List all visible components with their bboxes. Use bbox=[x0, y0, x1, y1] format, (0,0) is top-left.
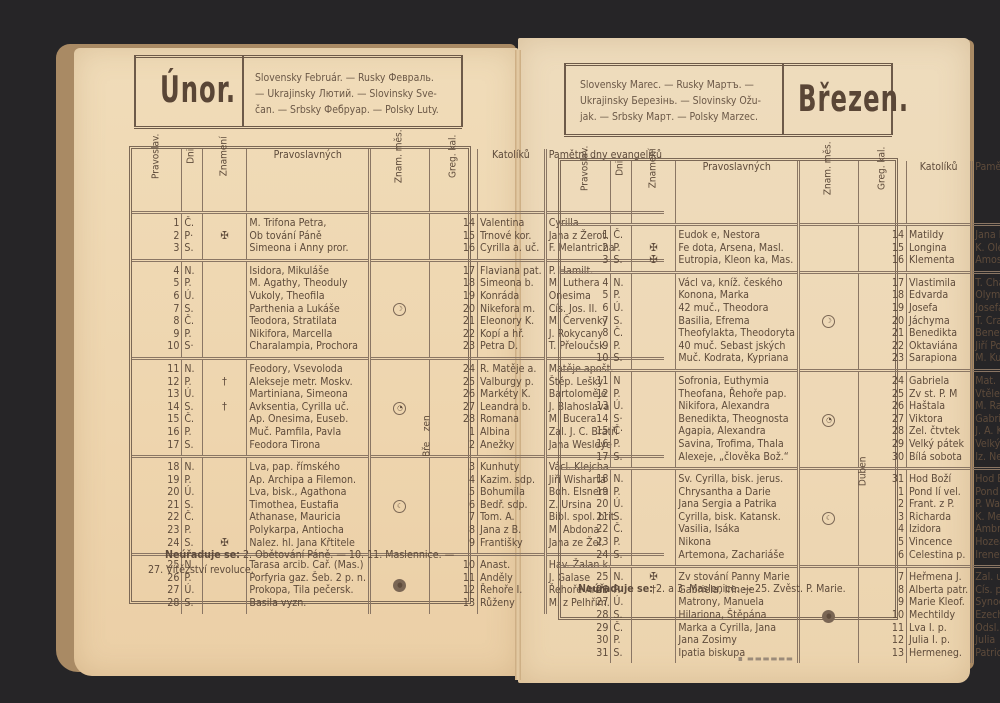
catholic-saint: Řehoře I. bbox=[478, 584, 546, 597]
gregorian-day: 12 bbox=[858, 634, 906, 647]
day-number: 5 bbox=[561, 289, 611, 302]
weekday: S. bbox=[611, 254, 631, 272]
left-note-line2: 27. Vítězství revoluce. bbox=[148, 563, 254, 578]
evangelical-memorial: T. Cranmera bbox=[972, 315, 1000, 328]
weekday: S. bbox=[611, 609, 631, 622]
evangelical-memorial: Patricia bbox=[972, 647, 1000, 664]
orthodox-saint: M. Agathy, Theoduly bbox=[247, 277, 370, 290]
gregorian-day: 31 bbox=[858, 469, 906, 486]
col-katoliku: Katolíků bbox=[907, 161, 972, 225]
day-number: 28 bbox=[561, 609, 611, 622]
weekday: P. bbox=[611, 388, 631, 401]
day-number: 19 bbox=[561, 486, 611, 499]
day-number: 4 bbox=[132, 260, 182, 277]
day-number: 28 bbox=[132, 597, 182, 614]
day-number: 21 bbox=[132, 499, 182, 512]
orthodox-saint: Theofana, Řehoře pap. bbox=[676, 388, 799, 401]
feast-symbol bbox=[631, 469, 676, 486]
evangelical-memorial: Amosa bbox=[972, 254, 1000, 272]
feast-symbol bbox=[631, 425, 676, 438]
catholic-saint: Vlastimila bbox=[907, 272, 972, 289]
catholic-saint: Jáchyma bbox=[907, 315, 972, 328]
printer-mark: ▪ ▬▬▬▬▬▬ bbox=[738, 654, 794, 663]
catholic-saint: Alberta patr. bbox=[907, 584, 972, 597]
day-number: 27 bbox=[561, 596, 611, 609]
gregorian-day: 5 bbox=[858, 536, 906, 549]
moon-phase-cell: ● bbox=[370, 555, 430, 614]
orthodox-saint: Nikifora, Marcella bbox=[247, 328, 370, 341]
orthodox-saint: 42 muč., Theodora bbox=[676, 302, 799, 315]
moon-phase-icon: ● bbox=[393, 579, 406, 592]
orthodox-saint: Jana Zosimy bbox=[676, 634, 799, 647]
day-number: 14 bbox=[561, 413, 611, 426]
feast-symbol bbox=[631, 315, 676, 328]
orthodox-saint: Matrony, Manuela bbox=[676, 596, 799, 609]
catholic-saint: Markéty K. bbox=[478, 388, 546, 401]
orthodox-saint: Timothea, Eustafia bbox=[247, 499, 370, 512]
evangelical-memorial: Hozeáše bbox=[972, 536, 1000, 549]
evangelical-memorial: Vtělení Páně bbox=[972, 388, 1000, 401]
gregorian-day: 24 bbox=[858, 370, 906, 387]
day-number: 29 bbox=[561, 622, 611, 635]
orthodox-saint: Teodora, Stratilata bbox=[247, 315, 370, 328]
feast-symbol bbox=[631, 272, 676, 289]
orthodox-saint: 40 muč. Sebast jských bbox=[676, 340, 799, 353]
feast-symbol bbox=[202, 426, 247, 439]
calendar-row: 27Ú.Matrony, Manuela9Marie Kleof.Synodu … bbox=[561, 596, 1000, 609]
evangelical-memorial: Odsl. mše Šv. bbox=[972, 622, 1000, 635]
feast-symbol bbox=[202, 486, 247, 499]
catholic-saint: Anděly bbox=[478, 572, 546, 585]
gregorian-day: 5 bbox=[429, 486, 477, 499]
gregorian-day: 3 bbox=[429, 457, 477, 474]
weekday: Ú. bbox=[182, 388, 202, 401]
catholic-saint: Vincence bbox=[907, 536, 972, 549]
orthodox-saint: Avksentia, Cyrilla uč. bbox=[247, 401, 370, 414]
gregorian-day: 2 bbox=[858, 498, 906, 511]
day-number: 30 bbox=[561, 634, 611, 647]
gregorian-day: 19 bbox=[858, 302, 906, 315]
gregorian-day: 29 bbox=[858, 438, 906, 451]
weekday: N. bbox=[182, 358, 202, 375]
weekday: S. bbox=[182, 401, 202, 414]
day-number: 16 bbox=[561, 438, 611, 451]
day-number: 19 bbox=[132, 474, 182, 487]
gregorian-day: 9 bbox=[858, 596, 906, 609]
catholic-saint: Pond lí vel. bbox=[907, 486, 972, 499]
calendar-row: 19P.Chrysantha a Darie1Pond lí vel.Pond … bbox=[561, 486, 1000, 499]
feast-symbol bbox=[631, 451, 676, 469]
catholic-saint: R. Matěje a. bbox=[478, 358, 546, 375]
feast-symbol: ✠ bbox=[202, 230, 247, 243]
moon-phase-icon: ◔ bbox=[822, 414, 835, 427]
day-number: 31 bbox=[561, 647, 611, 664]
col-pravoslav: Pravoslav. bbox=[561, 161, 611, 225]
col-znameni: Znamení bbox=[202, 149, 247, 213]
day-number: 20 bbox=[561, 498, 611, 511]
evangelical-memorial: Julia bbox=[972, 634, 1000, 647]
gregorian-day: 13 bbox=[858, 647, 906, 664]
orthodox-saint: M. Trifona Petra, bbox=[247, 213, 370, 230]
month-languages: Slovensky Marec. — Rusky Мартъ. — Ukraji… bbox=[580, 77, 761, 125]
gregorian-day: 15 bbox=[429, 230, 477, 243]
feast-symbol bbox=[631, 225, 676, 242]
gregorian-day: 28zen bbox=[429, 413, 477, 426]
gregorian-day: 17 bbox=[429, 260, 477, 277]
day-number: 23 bbox=[561, 536, 611, 549]
orthodox-saint: Muč. Kodrata, Kypriana bbox=[676, 352, 799, 370]
day-number: 21 bbox=[561, 511, 611, 524]
moon-phase-icon: ☽ bbox=[393, 303, 406, 316]
day-number: 10 bbox=[561, 352, 611, 370]
weekday: S. bbox=[182, 242, 202, 260]
catholic-saint: Josefa bbox=[907, 302, 972, 315]
catholic-saint: Bílá sobota bbox=[907, 451, 972, 469]
catholic-saint: Zv st. P. M bbox=[907, 388, 972, 401]
col-dni: Dni bbox=[182, 149, 202, 213]
col-pravoslav: Pravoslav. bbox=[132, 149, 182, 213]
feast-symbol bbox=[202, 303, 247, 316]
orthodox-saint: Simeona i Anny pror. bbox=[247, 242, 370, 260]
day-number: 6 bbox=[561, 302, 611, 315]
month-title-brezen: Březen. bbox=[798, 79, 909, 121]
catholic-saint: Lva I. p. bbox=[907, 622, 972, 635]
day-number: 12 bbox=[132, 376, 182, 389]
gregorian-day: 23 bbox=[858, 352, 906, 370]
orthodox-saint: Basilia, Efrema bbox=[676, 315, 799, 328]
day-number: 22 bbox=[561, 523, 611, 536]
day-number: 11 bbox=[132, 358, 182, 375]
evangelical-memorial: Pond lí vel. bbox=[972, 486, 1000, 499]
day-number: 15 bbox=[561, 425, 611, 438]
weekday: Č. bbox=[611, 327, 631, 340]
catholic-saint: Valentina bbox=[478, 213, 546, 230]
month-change-label: Bře bbox=[421, 441, 434, 456]
moon-phase-cell: ☾ bbox=[798, 469, 858, 567]
day-number: 13 bbox=[132, 388, 182, 401]
col-pametni-dny: Pamětní dny evangelíků bbox=[972, 161, 1000, 225]
calendar-row: 16P.Savina, Trofima, Thala29Velký pátekV… bbox=[561, 438, 1000, 451]
catholic-saint: Hod Boží bbox=[907, 469, 972, 486]
weekday: S. bbox=[611, 549, 631, 567]
calendar-row: 6Ú.42 muč., Theodora19JosefaJosefa pěst. bbox=[561, 302, 1000, 315]
orthodox-saint: Porfyria gaz. Šeb. 2 p. n. bbox=[247, 572, 370, 585]
calendar-row: 29Č.Marka a Cyrilla, Jana11Lva I. p.Odsl… bbox=[561, 622, 1000, 635]
gregorian-day: 15 bbox=[858, 242, 906, 255]
orthodox-saint: Ap. Onesima, Euseb. bbox=[247, 413, 370, 426]
calendar-row: 7S.Basilia, Efrema20JáchymaT. Cranmera bbox=[561, 315, 1000, 328]
catholic-saint: Bedř. sdp. bbox=[478, 499, 546, 512]
col-greg-kal: Greg. kal. bbox=[429, 149, 477, 213]
weekday: P· bbox=[182, 230, 202, 243]
calendar-row: 13Ú.Nikifora, Alexandra26HaštalaM. Radzi… bbox=[561, 400, 1000, 413]
month-title-unor: Únor. bbox=[160, 70, 236, 112]
calendar-row: 4N.Václ va, kníž. českého☽17VlastimilaT.… bbox=[561, 272, 1000, 289]
evangelical-memorial: Hod Boží vel. bbox=[972, 469, 1000, 486]
catholic-saint: Viktora bbox=[907, 413, 972, 426]
weekday: P. bbox=[611, 340, 631, 353]
feast-symbol bbox=[202, 277, 247, 290]
feast-symbol: ✠ bbox=[631, 254, 676, 272]
orthodox-saint: Agapia, Alexandra bbox=[676, 425, 799, 438]
catholic-saint: Heřmena J. bbox=[907, 567, 972, 584]
gregorian-day: 4 bbox=[429, 474, 477, 487]
catholic-saint: Haštala bbox=[907, 400, 972, 413]
catholic-saint: Izidora bbox=[907, 523, 972, 536]
orthodox-saint: Hilariona, Štěpána bbox=[676, 609, 799, 622]
catholic-saint: Růženy bbox=[478, 597, 546, 614]
calendar-row: 18N.Sv. Cyrilla, bisk. jerus.☾31Hod Boží… bbox=[561, 469, 1000, 486]
catholic-saint: Zel. čtvtek bbox=[907, 425, 972, 438]
catholic-saint: Gabriela bbox=[907, 370, 972, 387]
gregorian-day: 24 bbox=[429, 358, 477, 375]
feast-symbol bbox=[202, 260, 247, 277]
col-znam-mes: Znam. měs. bbox=[370, 149, 430, 213]
gregorian-day: 22 bbox=[858, 340, 906, 353]
catholic-saint: Edvarda bbox=[907, 289, 972, 302]
orthodox-saint: Benedikta, Theognosta bbox=[676, 413, 799, 426]
catholic-saint: Longina bbox=[907, 242, 972, 255]
day-number: 6 bbox=[132, 290, 182, 303]
catholic-saint: Eleonory K. bbox=[478, 315, 546, 328]
feast-symbol: † bbox=[202, 401, 247, 414]
weekday: P. bbox=[611, 634, 631, 647]
weekday: P. bbox=[611, 438, 631, 451]
evangelical-memorial: Zal. univ. praž. bbox=[972, 567, 1000, 584]
evangelical-memorial: Benedikta bbox=[972, 327, 1000, 340]
weekday: N. bbox=[182, 260, 202, 277]
gregorian-day: 30Duben bbox=[858, 451, 906, 469]
gregorian-day: 11 bbox=[429, 572, 477, 585]
weekday: Ú. bbox=[611, 498, 631, 511]
weekday: Č. bbox=[182, 213, 202, 230]
calendar-row: 15Č·Agapia, Alexandra28Zel. čtvtekJ. A. … bbox=[561, 425, 1000, 438]
calendar-row: 30P.Jana Zosimy12Julia I. p.Julia bbox=[561, 634, 1000, 647]
moon-phase-icon: ☾ bbox=[393, 500, 406, 513]
feast-symbol bbox=[202, 413, 247, 426]
day-number: 3 bbox=[561, 254, 611, 272]
weekday: N. bbox=[182, 457, 202, 474]
orthodox-saint: Jana Sergia a Patrika bbox=[676, 498, 799, 511]
feast-symbol bbox=[202, 213, 247, 230]
gregorian-day: 18 bbox=[429, 277, 477, 290]
feast-symbol bbox=[631, 352, 676, 370]
moon-phase-cell: ☽ bbox=[798, 272, 858, 370]
weekday: S. bbox=[611, 451, 631, 469]
catholic-saint: Flaviana pat. bbox=[478, 260, 546, 277]
col-dni: Dni bbox=[611, 161, 631, 225]
evangelical-memorial: M. Radziwilla bbox=[972, 400, 1000, 413]
catholic-saint: Celestina p. bbox=[907, 549, 972, 567]
gregorian-day: 7 bbox=[858, 567, 906, 584]
calendar-row: 14S·Benedikta, Theognosta27ViktoraGabrie… bbox=[561, 413, 1000, 426]
catholic-saint: Tom. A. bbox=[478, 511, 546, 524]
evangelical-memorial: Jiří Poděbrad. bbox=[972, 340, 1000, 353]
calendar-row: 5P.Konona, Marka18EdvardaOlympie bbox=[561, 289, 1000, 302]
catholic-saint: Nikefora m. bbox=[478, 303, 546, 316]
day-number: 2 bbox=[132, 230, 182, 243]
catholic-saint: Bohumila bbox=[478, 486, 546, 499]
catholic-saint: Valburgy p. bbox=[478, 376, 546, 389]
orthodox-saint: Chrysantha a Darie bbox=[676, 486, 799, 499]
gregorian-day: 1 bbox=[429, 426, 477, 439]
gregorian-day: 3 bbox=[858, 511, 906, 524]
calendar-row: 9P.40 muč. Sebast jských22OktaviánaJiří … bbox=[561, 340, 1000, 353]
feast-symbol bbox=[202, 524, 247, 537]
orthodox-saint: Muč. Pamfila, Pavla bbox=[247, 426, 370, 439]
orthodox-saint: Nikona bbox=[676, 536, 799, 549]
day-number: 2 bbox=[561, 242, 611, 255]
day-number: 18 bbox=[561, 469, 611, 486]
col-znam-mes: Znam. měs. bbox=[798, 161, 858, 225]
orthodox-saint: Charalampia, Prochora bbox=[247, 340, 370, 358]
gregorian-day: 27 bbox=[858, 413, 906, 426]
gregorian-day: 8 bbox=[429, 524, 477, 537]
day-number: 12 bbox=[561, 388, 611, 401]
feast-symbol bbox=[202, 474, 247, 487]
day-number: 18 bbox=[132, 457, 182, 474]
weekday: Č. bbox=[611, 523, 631, 536]
catholic-saint: Simeona b. bbox=[478, 277, 546, 290]
day-number: 3 bbox=[132, 242, 182, 260]
orthodox-saint: Feodory, Vsevoloda bbox=[247, 358, 370, 375]
catholic-saint: Kopí a hř. bbox=[478, 328, 546, 341]
orthodox-saint: Ob tování Páně bbox=[247, 230, 370, 243]
feast-symbol bbox=[631, 596, 676, 609]
feast-symbol bbox=[202, 340, 247, 358]
weekday: P. bbox=[182, 277, 202, 290]
feast-symbol bbox=[631, 327, 676, 340]
catholic-saint: Marie Kleof. bbox=[907, 596, 972, 609]
day-number: 17 bbox=[561, 451, 611, 469]
orthodox-saint: Eutropia, Kleon ka, Mas. bbox=[676, 254, 799, 272]
gregorian-day: 7 bbox=[429, 511, 477, 524]
calendar-row: 21S.Cyrilla, bisk. Katansk.3RichardaK. M… bbox=[561, 511, 1000, 524]
gregorian-day: 22 bbox=[429, 328, 477, 341]
catholic-saint: Anežky bbox=[478, 439, 546, 457]
day-number: 8 bbox=[132, 315, 182, 328]
day-number: 23 bbox=[132, 524, 182, 537]
feast-symbol bbox=[631, 536, 676, 549]
gregorian-day: 10 bbox=[858, 609, 906, 622]
col-greg-kal: Greg. kal. bbox=[858, 161, 906, 225]
orthodox-saint: Prokopa, Tila pečersk. bbox=[247, 584, 370, 597]
weekday: P. bbox=[611, 289, 631, 302]
calendar-row: 3S.✠Eutropia, Kleon ka, Mas.16KlementaAm… bbox=[561, 254, 1000, 272]
day-number: 1 bbox=[561, 225, 611, 242]
evangelical-memorial: Synodu Sand. bbox=[972, 596, 1000, 609]
evangelical-memorial: Irenea bbox=[972, 549, 1000, 567]
weekday: N bbox=[611, 370, 631, 387]
catholic-saint: Oktaviána bbox=[907, 340, 972, 353]
day-number: 5 bbox=[132, 277, 182, 290]
weekday: P. bbox=[611, 486, 631, 499]
day-number: 15 bbox=[132, 413, 182, 426]
weekday: S. bbox=[611, 511, 631, 524]
evangelical-memorial: M. Kunvalda bbox=[972, 352, 1000, 370]
weekday: P. bbox=[611, 536, 631, 549]
weekday: Ú. bbox=[182, 290, 202, 303]
gregorian-day: 18 bbox=[858, 289, 906, 302]
catholic-saint: Romana bbox=[478, 413, 546, 426]
weekday: S. bbox=[611, 647, 631, 664]
moon-phase-cell: ☽ bbox=[370, 260, 430, 358]
feast-symbol bbox=[631, 302, 676, 315]
gregorian-day: 23 bbox=[429, 340, 477, 358]
orthodox-saint: Lva, bisk., Agathona bbox=[247, 486, 370, 499]
weekday: N. bbox=[611, 469, 631, 486]
day-number: 7 bbox=[132, 303, 182, 316]
catholic-saint: Albina bbox=[478, 426, 546, 439]
evangelical-memorial: Jana Krásy bbox=[972, 225, 1000, 242]
calendar-row: 24S.Artemona, Zachariáše6Celestina p.Ire… bbox=[561, 549, 1000, 567]
day-number: 4 bbox=[561, 272, 611, 289]
weekday: Č· bbox=[611, 425, 631, 438]
weekday: Č. bbox=[182, 315, 202, 328]
calendar-row: 17S.Alexeje, „člověka Bož.“30DubenBílá s… bbox=[561, 451, 1000, 469]
evangelical-memorial: P. Walda bbox=[972, 498, 1000, 511]
gregorian-day: 28 bbox=[858, 425, 906, 438]
feast-symbol bbox=[202, 439, 247, 457]
catholic-saint: Velký pátek bbox=[907, 438, 972, 451]
orthodox-saint: Artemona, Zachariáše bbox=[676, 549, 799, 567]
feast-symbol bbox=[202, 328, 247, 341]
day-number: 14 bbox=[132, 401, 182, 414]
moon-phase-cell: ◔ bbox=[370, 358, 430, 456]
orthodox-saint: Theofylakta, Theodoryta bbox=[676, 327, 799, 340]
gregorian-day: 13 bbox=[429, 597, 477, 614]
evangelical-memorial: T. Chalmersa bbox=[972, 272, 1000, 289]
evangelical-memorial: Cís. patentu bbox=[972, 584, 1000, 597]
gregorian-day: 26 bbox=[858, 400, 906, 413]
weekday: P. bbox=[182, 524, 202, 537]
feast-symbol bbox=[631, 370, 676, 387]
weekday: S. bbox=[182, 499, 202, 512]
day-number: 9 bbox=[561, 340, 611, 353]
evangelical-memorial: Mat. Béla bbox=[972, 370, 1000, 387]
evangelical-memorial: J. A. Komen. bbox=[972, 425, 1000, 438]
feast-symbol bbox=[202, 584, 247, 597]
gregorian-day: 14 bbox=[429, 213, 477, 230]
gregorian-day: 4 bbox=[858, 523, 906, 536]
day-number: 9 bbox=[132, 328, 182, 341]
gregorian-day: 21 bbox=[429, 315, 477, 328]
moon-phase-icon: ● bbox=[822, 610, 835, 623]
evangelical-memorial: Ezechiele bbox=[972, 609, 1000, 622]
feast-symbol bbox=[631, 289, 676, 302]
moon-phase-icon: ◔ bbox=[393, 402, 406, 415]
weekday: Č. bbox=[182, 413, 202, 426]
gregorian-day: 26 bbox=[429, 388, 477, 401]
calendar-row: 20Ú.Jana Sergia a Patrika2Frant. z P.P. … bbox=[561, 498, 1000, 511]
moon-phase-cell: ☾ bbox=[370, 457, 430, 555]
evangelical-memorial: Ambrože bbox=[972, 523, 1000, 536]
orthodox-saint: Basila vyzn. bbox=[247, 597, 370, 614]
gregorian-day: 1 bbox=[858, 486, 906, 499]
weekday: Ú. bbox=[611, 596, 631, 609]
feast-symbol bbox=[631, 413, 676, 426]
gregorian-day: 20 bbox=[858, 315, 906, 328]
day-number: 8 bbox=[561, 327, 611, 340]
weekday: P. bbox=[182, 376, 202, 389]
feast-symbol bbox=[202, 511, 247, 524]
day-number: 27 bbox=[132, 584, 182, 597]
feast-symbol bbox=[631, 549, 676, 567]
orthodox-saint: Alekseje metr. Moskv. bbox=[247, 376, 370, 389]
day-number: 13 bbox=[561, 400, 611, 413]
feast-symbol bbox=[631, 388, 676, 401]
feast-symbol bbox=[631, 622, 676, 635]
